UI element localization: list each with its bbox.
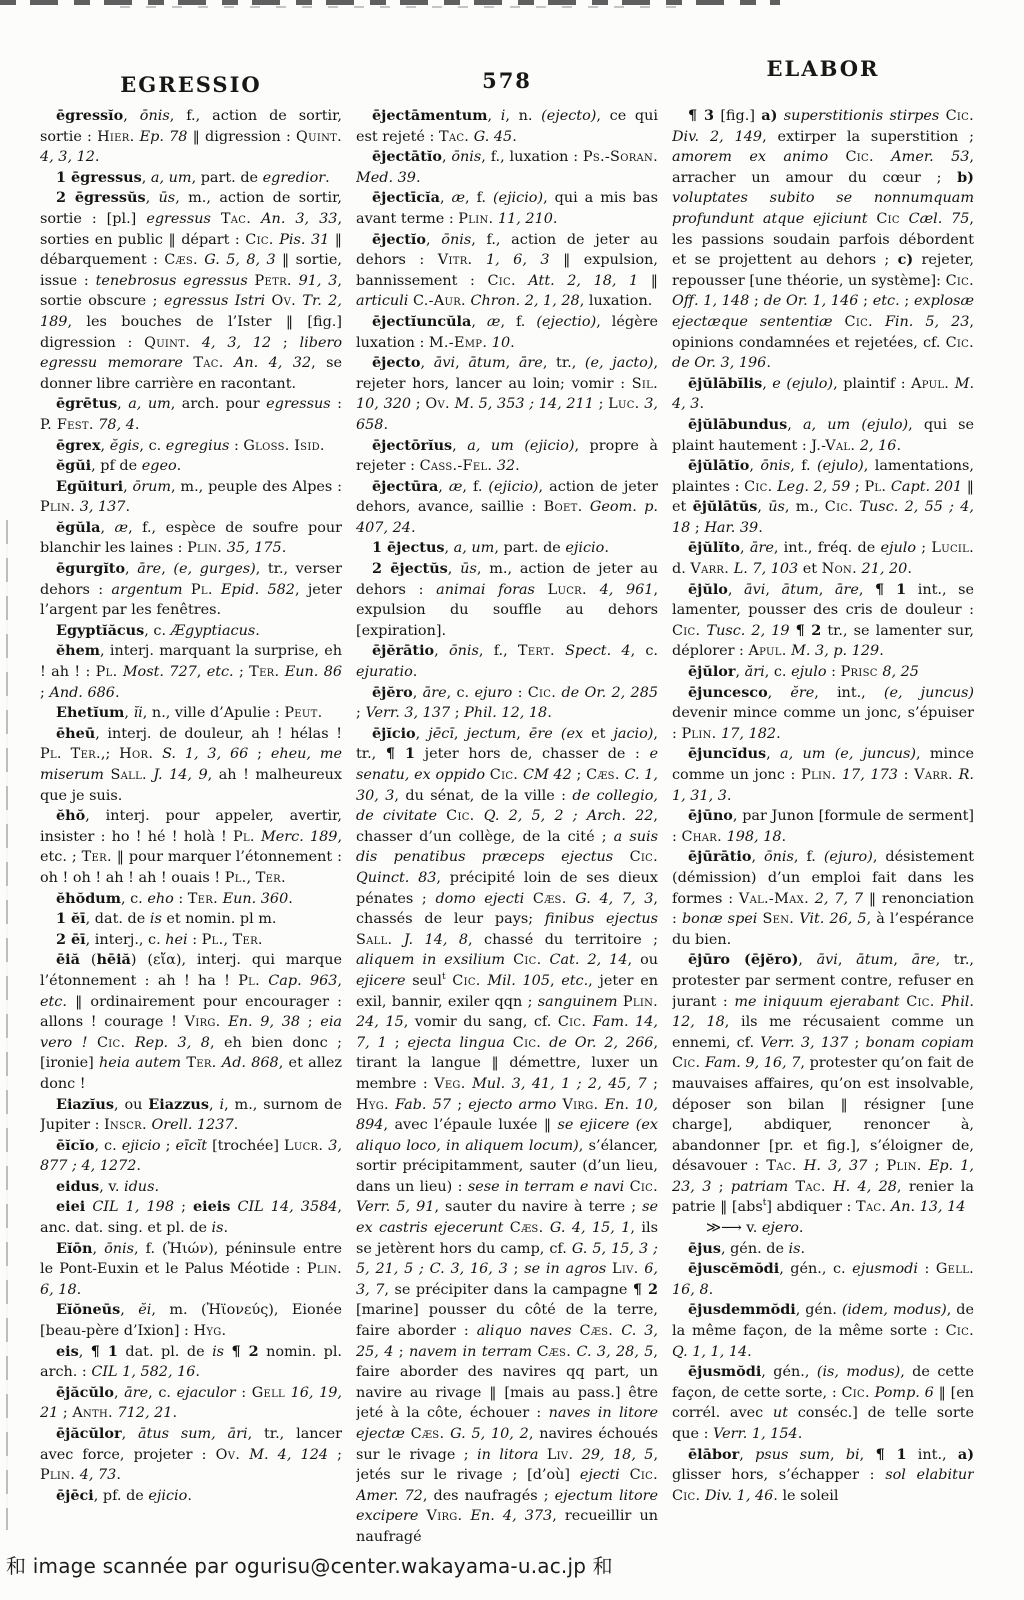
dictionary-entry: ējŭlābĭlis, e (ejulo), plaintif : Apul. … bbox=[672, 374, 974, 415]
dictionary-entry: eiei CIL 1, 198 ; eieis CIL 14, 3584, an… bbox=[40, 1197, 342, 1238]
dictionary-entry: ējus, gén. de is. bbox=[672, 1239, 974, 1260]
dictionary-entry: ēiă (hēiă) (εἴα), interj. qui marque l’é… bbox=[40, 950, 342, 1094]
scan-noise-top-secondary bbox=[120, 6, 680, 8]
scan-caption: 和 image scannée par ogurisu@center.wakay… bbox=[6, 1550, 613, 1579]
dictionary-entry: ējăcŭlo, āre, c. ejaculor : Gell 16, 19,… bbox=[40, 1383, 342, 1424]
dictionary-entry: ējusmŏdi, gén., (is, modus), de cette fa… bbox=[672, 1362, 974, 1444]
dictionary-entry: ējĕrātio, ōnis, f., Tert. Spect. 4, c. e… bbox=[356, 641, 658, 682]
dictionary-entry: ējuncesco, ĕre, int., (e, juncus) deveni… bbox=[672, 683, 974, 745]
dictionary-entry: ējăcŭlor, ātus sum, āri, tr., lancer ave… bbox=[40, 1424, 342, 1486]
dictionary-entry: ējectĭuncŭla, æ, f. (ejectio), légère lu… bbox=[356, 312, 658, 353]
dictionary-entry: 2 ējectŭs, ūs, m., action de jeter au de… bbox=[356, 559, 658, 641]
column-3: ¶ 3 [fig.] a) superstitionis stirpes Cic… bbox=[672, 106, 974, 1548]
dictionary-entry: ējectūra, æ, f. (ejicio), action de jete… bbox=[356, 477, 658, 539]
dictionary-entry: ējēci, pf. de ejicio. bbox=[40, 1486, 342, 1507]
dictionary-entry: ēgurgĭto, āre, (e, gurges), tr., verser … bbox=[40, 559, 342, 621]
dictionary-entry: ĕhŏ, interj. pour appeler, avertir, insi… bbox=[40, 806, 342, 888]
dictionary-entry: ¶ 3 [fig.] a) superstitionis stirpes Cic… bbox=[672, 106, 974, 374]
dictionary-entry: Eiazĭus, ou Eiazzus, i, m., surnom de Ju… bbox=[40, 1095, 342, 1136]
dictionary-entry: ēlābor, psus sum, bi, ¶ 1 int., a) gliss… bbox=[672, 1445, 974, 1507]
scan-noise-top bbox=[0, 0, 780, 5]
dictionary-entry: ĕhem, interj. marquant la surprise, eh !… bbox=[40, 641, 342, 703]
dictionary-text-block: ēgressĭo, ōnis, f., action de sortir, so… bbox=[40, 106, 974, 1548]
dictionary-entry: eis, ¶ 1 dat. pl. de is ¶ 2 nomin. pl. a… bbox=[40, 1342, 342, 1383]
dictionary-entry: Ehetĭum, ĭi, n., ville d’Apulie : Peut. bbox=[40, 703, 342, 724]
dictionary-entry: ējūro (ējĕro), āvi, ātum, āre, tr., prot… bbox=[672, 950, 974, 1218]
dictionary-entry: ējectōrĭus, a, um (ejicio), propre à rej… bbox=[356, 436, 658, 477]
dictionary-entry: ējuncĭdus, a, um (e, juncus), mince comm… bbox=[672, 744, 974, 806]
dictionary-entry: ējŭlĭto, āre, int., fréq. de ejulo ; Luc… bbox=[672, 538, 974, 579]
dictionary-entry: ēĭcĭo, c. ejicio ; eīcĭt [trochée] Lucr.… bbox=[40, 1136, 342, 1177]
dictionary-entry: ējusdemmŏdi, gén. (idem, modus), de la m… bbox=[672, 1300, 974, 1362]
dictionary-entry: 2 ēī, interj., c. hei : Pl., Ter. bbox=[40, 930, 342, 951]
dictionary-entry: ĕhŏdum, c. eho : Ter. Eun. 360. bbox=[40, 889, 342, 910]
dictionary-entry: ēheū, interj. de douleur, ah ! hélas ! P… bbox=[40, 724, 342, 806]
dictionary-entry: Egŭituri, ōrum, m., peuple des Alpes : P… bbox=[40, 477, 342, 518]
dictionary-entry: ējecto, āvi, ātum, āre, tr., (e, jacto),… bbox=[356, 353, 658, 435]
column-2: ējectāmentum, i, n. (ejecto), ce qui est… bbox=[356, 106, 658, 1548]
dictionary-entry: ēgressĭo, ōnis, f., action de sortir, so… bbox=[40, 106, 342, 168]
dictionary-entry: ējŭlābundus, a, um (ejulo), qui se plain… bbox=[672, 415, 974, 456]
dictionary-entry: ējĕro, āre, c. ejuro : Cic. de Or. 2, 28… bbox=[356, 683, 658, 724]
dictionary-entry: 1 ējectus, a, um, part. de ejicio. bbox=[356, 538, 658, 559]
dictionary-entry: ĕgŭi, pf de egeo. bbox=[40, 456, 342, 477]
dictionary-entry: Egyptĭăcus, c. Ægyptiacus. bbox=[40, 621, 342, 642]
dictionary-entry: ējŭlor, ări, c. ejulo : Prisc 8, 25 bbox=[672, 662, 974, 683]
dictionary-entry: ējŭlātĭo, ōnis, f. (ejulo), lamentations… bbox=[672, 456, 974, 538]
dictionary-entry: ējectĭo, ōnis, f., action de jeter au de… bbox=[356, 230, 658, 312]
cross-reference-arrow-line: ≫⟶ v. ejero. bbox=[672, 1218, 974, 1239]
dictionary-entry: ēgrex, ĕgis, c. egregius : Gloss. Isid. bbox=[40, 436, 342, 457]
dictionary-entry: ējĭcio, jēcī, jectum, ēre (ex et jacio),… bbox=[356, 724, 658, 1548]
dictionary-entry: 1 ēgressus, a, um, part. de egredior. bbox=[40, 168, 342, 189]
scan-binding-artifact bbox=[6, 520, 8, 1530]
page-number: 578 bbox=[356, 68, 658, 93]
dictionary-entry: ējuscĕmŏdi, gén., c. ejusmodi : Gell. 16… bbox=[672, 1259, 974, 1300]
dictionary-entry: ējectāmentum, i, n. (ejecto), ce qui est… bbox=[356, 106, 658, 147]
dictionary-entry: ējectātĭo, ōnis, f., luxation : Ps.-Sora… bbox=[356, 147, 658, 188]
dictionary-entry: ĕgŭla, æ, f., espèce de soufre pour blan… bbox=[40, 518, 342, 559]
dictionary-entry: ēgrētus, a, um, arch. pour egressus : P.… bbox=[40, 394, 342, 435]
dictionary-entry: Eĭōn, ōnis, f. (Ἠιών), péninsule entre l… bbox=[40, 1239, 342, 1301]
dictionary-entry: ējūno, par Junon [formule de serment] : … bbox=[672, 806, 974, 847]
dictionary-entry: ējŭlo, āvi, ātum, āre, ¶ 1 int., se lame… bbox=[672, 580, 974, 662]
running-head-left-keyword: EGRESSIO bbox=[40, 72, 342, 97]
scanned-dictionary-page: EGRESSIO 578 ELABOR ēgressĭo, ōnis, f., … bbox=[0, 0, 1024, 1600]
dictionary-entry: 2 ēgressŭs, ūs, m., action de sortir, so… bbox=[40, 188, 342, 394]
dictionary-entry: Eĭŏneūs, ĕi, m. (Ἠϊονεύς), Eionée [beau-… bbox=[40, 1300, 342, 1341]
column-1: ēgressĭo, ōnis, f., action de sortir, so… bbox=[40, 106, 342, 1548]
dictionary-entry: ējectīcĭa, æ, f. (ejicio), qui a mis bas… bbox=[356, 188, 658, 229]
running-head-right-keyword: ELABOR bbox=[672, 56, 974, 81]
dictionary-entry: ējūrātio, ōnis, f. (ejuro), désistement … bbox=[672, 847, 974, 950]
dictionary-entry: eidus, v. idus. bbox=[40, 1177, 342, 1198]
dictionary-entry: 1 ĕī, dat. de is et nomin. pl m. bbox=[40, 909, 342, 930]
